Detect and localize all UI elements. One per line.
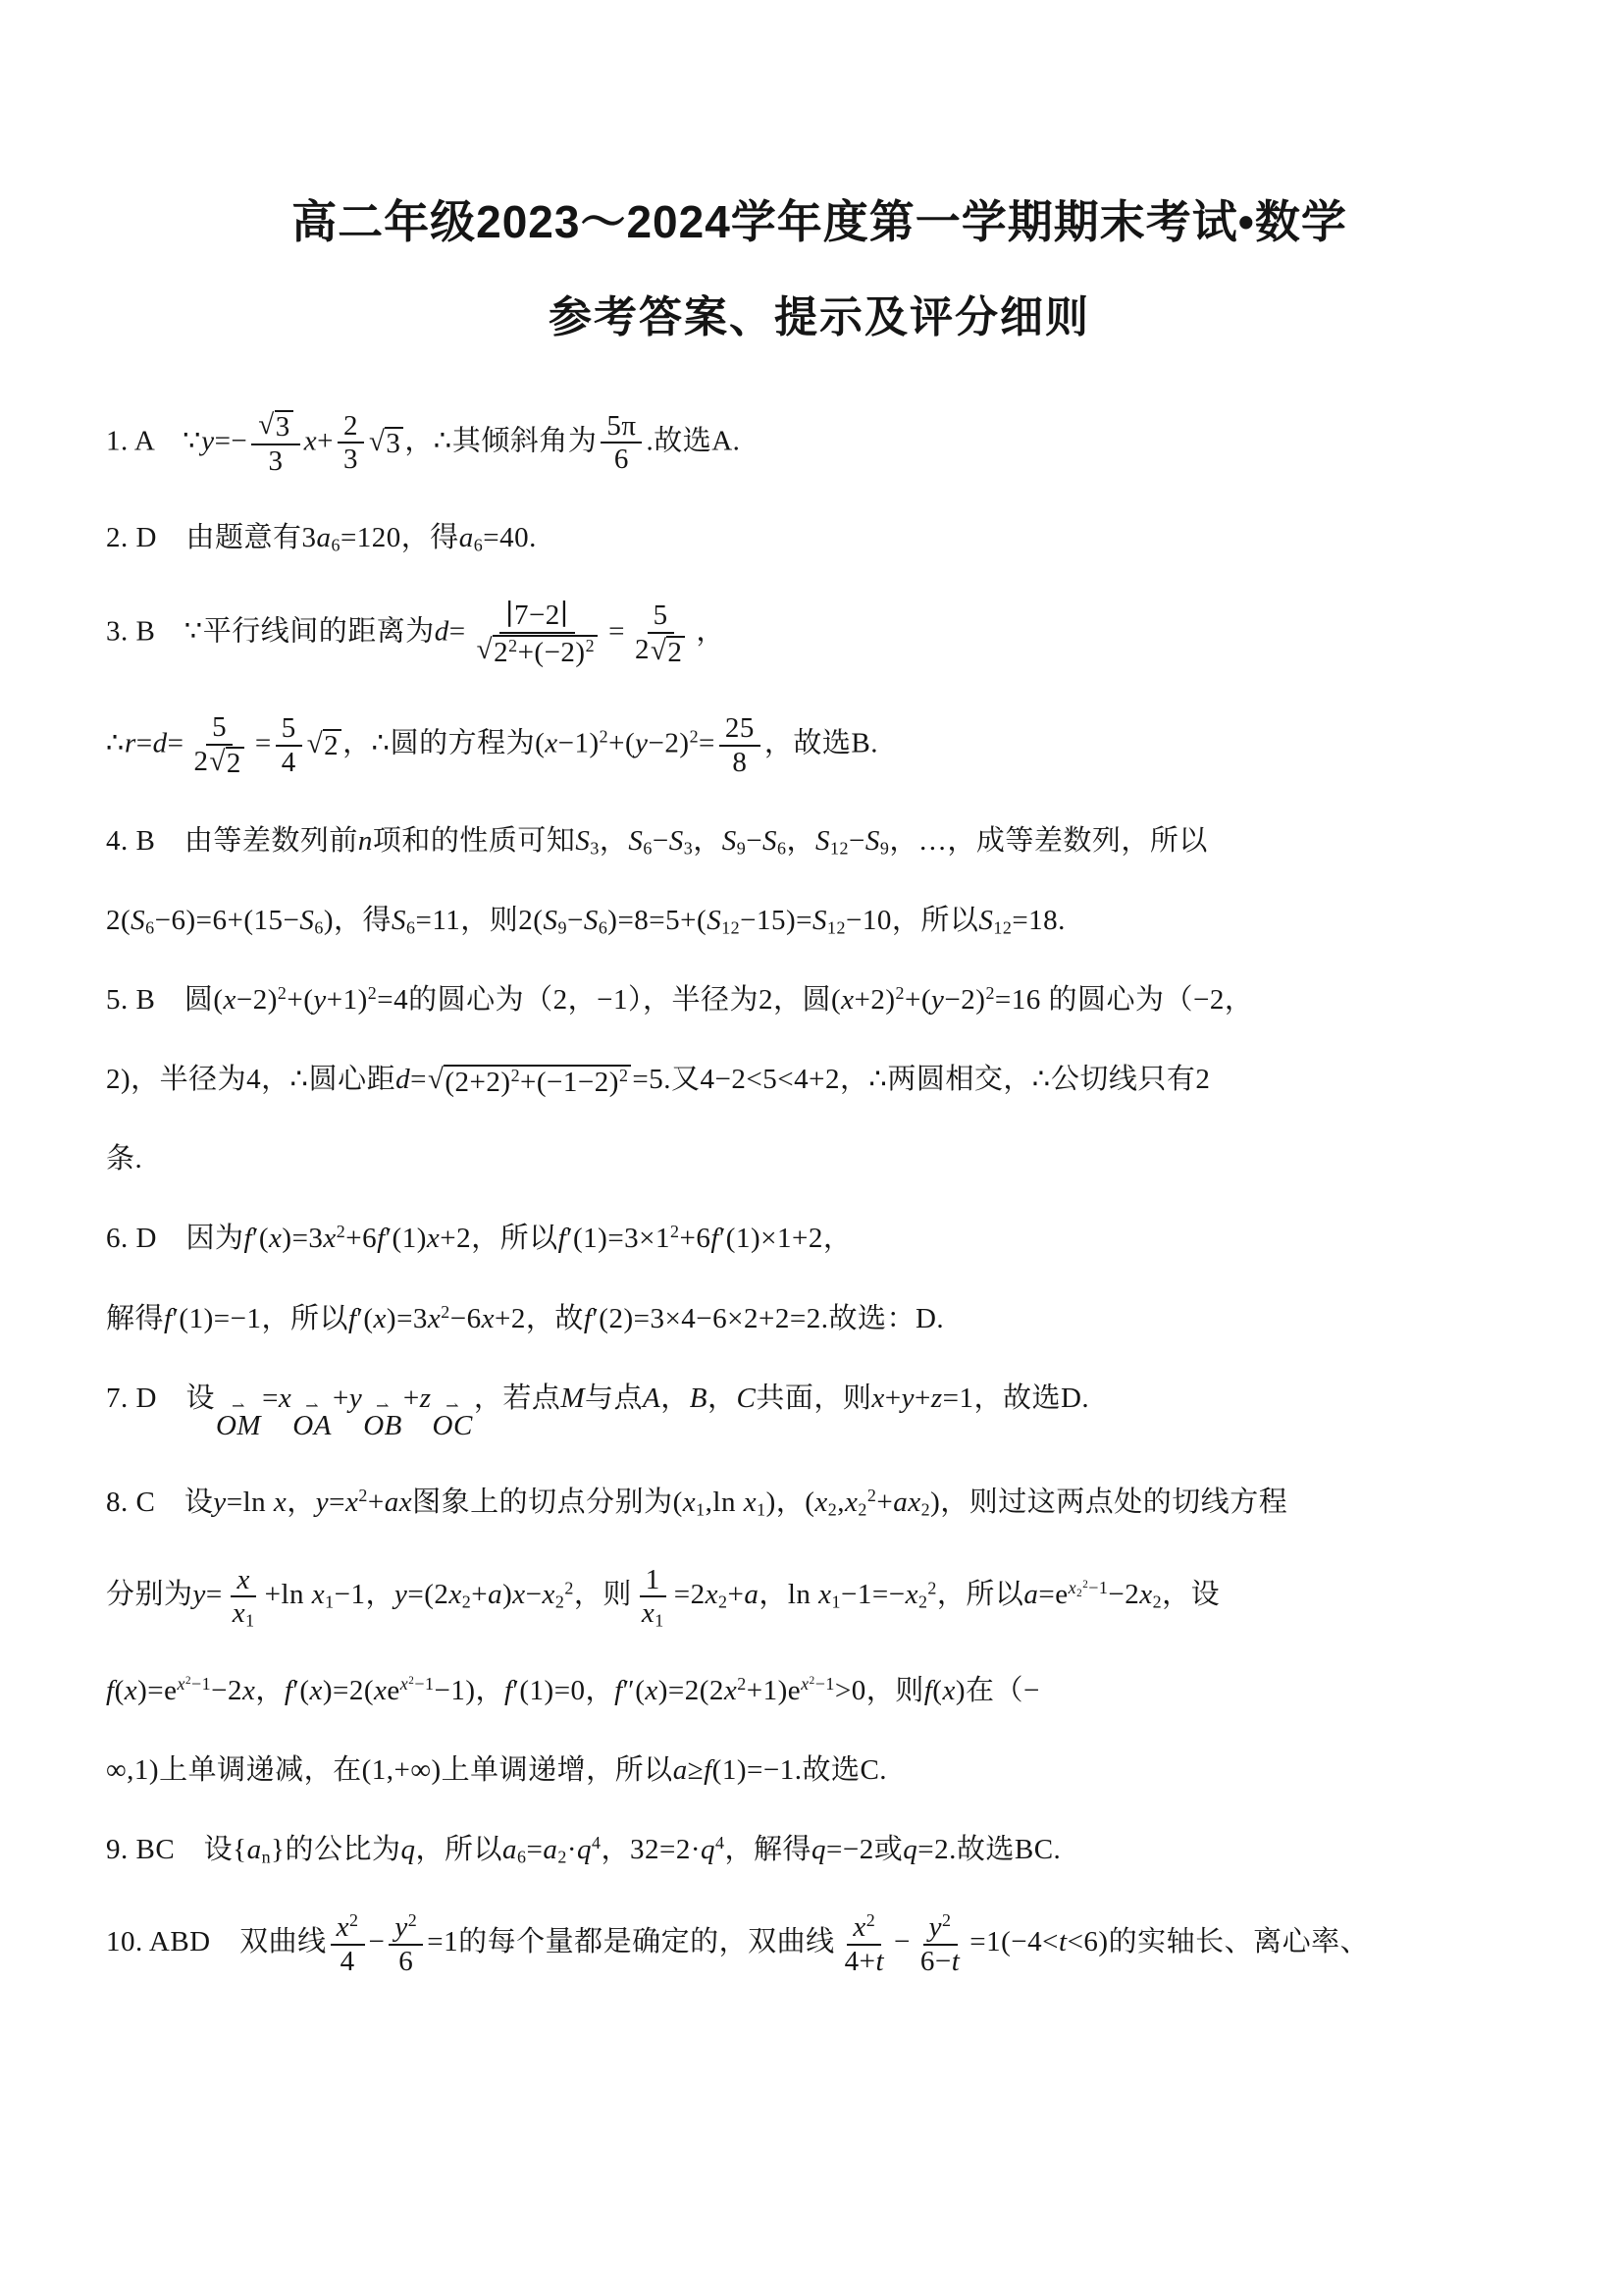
- math-variable: t: [952, 1946, 961, 1977]
- superscript: x2−1: [178, 1674, 212, 1694]
- math-variable: x: [942, 1675, 955, 1706]
- math-variable: f: [106, 1675, 115, 1706]
- math-variable: a: [488, 1579, 502, 1610]
- math-variable: q: [401, 1834, 416, 1865]
- math-variable: x: [304, 425, 317, 456]
- math-variable: r: [125, 727, 136, 758]
- math-variable: x: [399, 1487, 412, 1518]
- subscript: 6: [517, 1848, 526, 1867]
- superscript: 2: [670, 1223, 679, 1242]
- page-subtitle: 参考答案、提示及评分细则: [106, 290, 1533, 344]
- vector-body: OB: [363, 1410, 402, 1442]
- math-variable: x: [853, 1911, 865, 1943]
- superscript: 2: [866, 1911, 875, 1931]
- math-variable: y: [349, 1383, 362, 1414]
- superscript: 2: [511, 1066, 520, 1085]
- math-variable: S: [815, 825, 830, 857]
- math-variable: d: [395, 1064, 410, 1095]
- square-root: √22+(−2)2: [477, 635, 598, 668]
- subscript: 2: [921, 1499, 930, 1519]
- subscript: 6: [145, 917, 154, 937]
- fraction-denominator: 6−t: [915, 1946, 966, 1977]
- vector: ⇀OM: [216, 1402, 261, 1443]
- square-root: √(2+2)2+(−1−2)2: [428, 1065, 631, 1098]
- subscript: 3: [684, 838, 693, 858]
- answer-line-3: 3. B ∵平行线间的距离为d=∣7−2∣√22+(−2)2=52√2，: [106, 598, 1533, 670]
- math-variable: x: [178, 1674, 185, 1694]
- radical-sign-icon: √: [428, 1065, 444, 1095]
- vector-arrow-icon: ⇀: [305, 1402, 319, 1411]
- fraction: 23: [338, 410, 364, 476]
- math-variable: x: [801, 1674, 809, 1694]
- math-variable: x: [345, 1487, 358, 1518]
- subscript: 1: [757, 1499, 765, 1519]
- superscript: 2: [600, 727, 608, 747]
- answer-line-12: 7. D 设⇀OM=x⇀OA+y⇀OB+z⇀OC，若点M与点A，B，C共面，则x…: [106, 1379, 1533, 1443]
- math-variable: x: [274, 1487, 287, 1518]
- math-variable: f: [924, 1675, 933, 1706]
- fraction-numerator: √3: [251, 409, 299, 445]
- subscript: 9: [880, 838, 889, 858]
- subscript: 6: [406, 917, 415, 937]
- fraction-numerator: 2: [338, 410, 364, 444]
- fraction-numerator: x2: [847, 1911, 881, 1945]
- math-variable: y: [902, 1383, 915, 1414]
- math-variable: n: [358, 825, 373, 857]
- superscript: 2: [619, 1066, 628, 1085]
- radicand: 2: [226, 747, 244, 779]
- math-variable: y: [193, 1579, 206, 1610]
- math-variable: x: [482, 1303, 495, 1334]
- fraction-numerator: x: [231, 1564, 255, 1597]
- vector-arrow-icon: ⇀: [376, 1402, 390, 1411]
- superscript: 2: [942, 1911, 951, 1931]
- radicand: 2: [323, 729, 341, 761]
- fraction-denominator: x1: [227, 1597, 261, 1629]
- answer-line-5: 4. B 由等差数列前n项和的性质可知S3，S6−S3，S9−S6，S12−S9…: [106, 821, 1533, 861]
- subscript: 1: [696, 1499, 705, 1519]
- math-variable: f: [285, 1675, 293, 1706]
- subscript: 2: [1153, 1592, 1162, 1612]
- math-variable: q: [903, 1834, 917, 1865]
- answer-line-17: 9. BC 设{an}的公比为q，所以a6=a2·q4，32=2·q4，解得q=…: [106, 1830, 1533, 1870]
- fraction-numerator: y2: [923, 1911, 958, 1945]
- math-variable: d: [153, 727, 168, 758]
- radical-sign-icon: √: [477, 635, 493, 665]
- superscript: 2: [867, 1486, 876, 1505]
- fraction-denominator: 4: [335, 1946, 361, 1977]
- subscript: 2: [555, 1592, 564, 1612]
- math-variable: x: [400, 1674, 408, 1694]
- subscript: 2: [557, 1848, 566, 1867]
- square-root: √3: [258, 410, 292, 443]
- subscript: 1: [654, 1611, 663, 1631]
- answer-list: 1. A ∵y=−√33x+23√3，∴其倾斜角为5π6.故选A.2. D 由题…: [106, 407, 1533, 1980]
- math-variable: x: [448, 1579, 461, 1610]
- math-variable: y: [635, 727, 648, 758]
- fraction-numerator: y2: [389, 1911, 423, 1945]
- radicand: 2: [666, 636, 685, 668]
- superscript: 2: [368, 983, 377, 1003]
- subscript: n: [262, 1848, 271, 1867]
- math-variable: S: [978, 905, 993, 936]
- math-variable: B: [690, 1383, 707, 1414]
- subscript: 2: [858, 1499, 866, 1519]
- radicand: 22+(−2)2: [493, 635, 598, 668]
- math-variable: x: [543, 1579, 555, 1610]
- subscript: 9: [737, 838, 746, 858]
- math-variable: x: [818, 1579, 831, 1610]
- fraction-denominator: 3: [263, 445, 289, 477]
- math-variable: a: [502, 1834, 517, 1865]
- fraction: 52√2: [187, 711, 250, 779]
- square-root: √2: [651, 636, 685, 668]
- subscript: 6: [643, 838, 652, 858]
- superscript: 2: [358, 1486, 367, 1505]
- vector: ⇀OA: [292, 1402, 332, 1443]
- math-variable: S: [628, 825, 643, 857]
- answer-line-13: 8. C 设y=ln x，y=x2+ax图象上的切点分别为(x1,ln x1)，…: [106, 1483, 1533, 1523]
- math-variable: x: [744, 1487, 757, 1518]
- math-variable: x: [645, 1675, 657, 1706]
- math-variable: x: [374, 1675, 387, 1706]
- subscript: 1: [325, 1592, 334, 1612]
- math-variable: x: [279, 1383, 291, 1414]
- math-variable: x: [908, 1487, 920, 1518]
- math-variable: a: [459, 522, 474, 553]
- superscript: 2: [349, 1911, 358, 1931]
- math-variable: x: [236, 1564, 249, 1595]
- math-variable: y: [394, 1579, 407, 1610]
- math-variable: S: [812, 905, 827, 936]
- math-variable: y: [929, 1911, 942, 1943]
- superscript: 4: [592, 1833, 601, 1852]
- math-variable: f: [164, 1303, 173, 1334]
- square-root: √2: [209, 747, 243, 779]
- fraction-numerator: 5: [206, 711, 233, 745]
- superscript: 2: [441, 1302, 449, 1322]
- math-variable: z: [420, 1383, 432, 1414]
- page-title: 高二年级2023～2024学年度第一学期期末考试•数学: [106, 194, 1533, 251]
- math-variable: x: [1069, 1578, 1076, 1597]
- math-variable: q: [577, 1834, 592, 1865]
- fraction: x24: [331, 1911, 365, 1977]
- math-variable: x: [125, 1675, 137, 1706]
- fraction-numerator: 5π: [601, 410, 642, 444]
- superscript: 2: [185, 1675, 191, 1687]
- radicand: 3: [385, 427, 403, 459]
- math-variable: S: [669, 825, 684, 857]
- math-variable: x: [845, 1487, 858, 1518]
- subscript: 2: [462, 1592, 471, 1612]
- answer-line-11: 解得f′(1)=−1，所以f′(x)=3x2−6x+2，故f′(2)=3×4−6…: [106, 1299, 1533, 1339]
- answer-line-15: f(x)=ex2−1−2x，f′(x)=2(xex2−1−1)，f′(1)=0，…: [106, 1671, 1533, 1711]
- subscript: 12: [993, 917, 1012, 937]
- subscript: 1: [245, 1611, 254, 1631]
- math-variable: S: [865, 825, 880, 857]
- fraction-numerator: ∣7−2∣: [499, 600, 575, 633]
- vector: ⇀OB: [363, 1402, 402, 1443]
- subscript: 12: [830, 838, 849, 858]
- fraction: 258: [719, 712, 760, 778]
- math-variable: M: [560, 1383, 585, 1414]
- subscript: 2: [718, 1592, 727, 1612]
- math-variable: x: [683, 1487, 696, 1518]
- math-variable: x: [428, 1303, 441, 1334]
- math-variable: y: [201, 425, 214, 456]
- math-variable: x: [871, 1383, 884, 1414]
- subscript: 9: [557, 917, 566, 937]
- math-variable: q: [811, 1834, 826, 1865]
- fraction: ∣7−2∣√22+(−2)2: [470, 600, 604, 668]
- fraction: x24+t: [839, 1911, 890, 1977]
- math-variable: f: [558, 1223, 567, 1254]
- radicand: (2+2)2+(−1−2)2: [444, 1065, 631, 1098]
- subscript: 6: [331, 535, 340, 554]
- fraction-denominator: √22+(−2)2: [470, 634, 604, 668]
- answer-line-10: 6. D 因为f′(x)=3x2+6f′(1)x+2，所以f′(1)=3×12+…: [106, 1219, 1533, 1259]
- math-variable: a: [543, 1834, 557, 1865]
- subscript: 12: [827, 917, 846, 937]
- radical-sign-icon: √: [369, 427, 385, 457]
- fraction-denominator: 3: [338, 444, 364, 475]
- math-variable: S: [722, 825, 737, 857]
- fraction: y26−t: [915, 1911, 966, 1977]
- fraction-numerator: 1: [640, 1564, 666, 1597]
- math-variable: a: [247, 1834, 262, 1865]
- subscript: 3: [590, 838, 599, 858]
- superscript: 2: [985, 983, 994, 1003]
- math-variable: S: [299, 905, 314, 936]
- fraction: 54: [276, 712, 302, 778]
- math-variable: S: [762, 825, 777, 857]
- superscript: 2: [278, 983, 287, 1003]
- math-variable: f: [614, 1675, 623, 1706]
- subscript: 2: [828, 1499, 837, 1519]
- math-variable: t: [1059, 1927, 1068, 1958]
- math-variable: f: [584, 1303, 593, 1334]
- vector-body: OA: [292, 1410, 332, 1442]
- superscript: 2: [337, 1223, 345, 1242]
- subscript: 1: [832, 1592, 841, 1612]
- math-variable: x: [706, 1579, 718, 1610]
- math-variable: f: [504, 1675, 513, 1706]
- math-variable: q: [701, 1834, 715, 1865]
- superscript: 2: [927, 1578, 936, 1597]
- math-variable: y: [213, 1487, 226, 1518]
- subscript: 2: [918, 1592, 927, 1612]
- superscript: x2−1: [400, 1674, 435, 1694]
- answer-line-9: 条.: [106, 1139, 1533, 1179]
- vector-arrow-icon: ⇀: [445, 1402, 459, 1411]
- math-variable: x: [312, 1579, 325, 1610]
- answer-line-14: 分别为y=xx1+ln x1−1，y=(2x2+a)x−x22，则1x1=2x2…: [106, 1562, 1533, 1632]
- superscript: 2: [408, 1675, 414, 1687]
- fraction-denominator: 2√2: [187, 746, 250, 780]
- superscript: x2−1: [801, 1674, 835, 1694]
- math-variable: z: [931, 1383, 943, 1414]
- math-variable: y: [931, 984, 944, 1016]
- subscript: 12: [721, 917, 740, 937]
- math-variable: S: [707, 905, 721, 936]
- math-variable: y: [313, 984, 326, 1016]
- vector-body: OM: [216, 1410, 261, 1442]
- fraction-numerator: x2: [331, 1911, 365, 1945]
- math-variable: a: [316, 522, 331, 553]
- fraction: 5π6: [601, 410, 642, 476]
- math-variable: x: [906, 1579, 918, 1610]
- fraction-numerator: 25: [719, 712, 760, 746]
- fraction: y26: [389, 1911, 423, 1977]
- superscript: 2: [1082, 1579, 1088, 1591]
- math-variable: S: [392, 905, 406, 936]
- vector: ⇀OC: [433, 1402, 473, 1443]
- math-variable: x: [242, 1675, 255, 1706]
- vector-arrow-icon: ⇀: [232, 1402, 245, 1411]
- subscript: 6: [777, 838, 786, 858]
- fraction-denominator: 6: [393, 1946, 419, 1977]
- answer-line-7: 5. B 圆(x−2)2+(y+1)2=4的圆心为（2，−1），半径为2，圆(x…: [106, 980, 1533, 1020]
- superscript: 2: [690, 727, 699, 747]
- square-root: √3: [369, 427, 403, 459]
- math-variable: x: [841, 984, 854, 1016]
- superscript: 2: [508, 636, 517, 655]
- math-variable: f: [243, 1223, 252, 1254]
- fraction-numerator: 5: [648, 600, 674, 633]
- math-variable: S: [575, 825, 590, 857]
- math-variable: x: [337, 1911, 349, 1943]
- fraction-numerator: 5: [276, 712, 302, 746]
- math-variable: f: [377, 1223, 386, 1254]
- superscript: 2: [737, 1674, 746, 1694]
- superscript: 2: [586, 636, 595, 655]
- math-variable: x: [427, 1223, 440, 1254]
- square-root: √2: [307, 729, 341, 761]
- fraction-denominator: 4+t: [839, 1946, 890, 1977]
- fraction: √33: [251, 409, 299, 477]
- math-variable: S: [543, 905, 557, 936]
- answer-line-2: 2. D 由题意有3a6=120，得a6=40.: [106, 518, 1533, 558]
- exam-answer-page: 高二年级2023～2024学年度第一学期期末考试•数学 参考答案、提示及评分细则…: [0, 0, 1623, 2296]
- superscript: 4: [715, 1833, 724, 1852]
- fraction-denominator: x1: [636, 1597, 670, 1629]
- subscript: 6: [474, 535, 483, 554]
- answer-line-1: 1. A ∵y=−√33x+23√3，∴其倾斜角为5π6.故选A.: [106, 407, 1533, 479]
- answer-line-18: 10. ABD 双曲线x24−y26=1的每个量都是确定的，双曲线x24+t−y…: [106, 1909, 1533, 1979]
- fraction: xx1: [227, 1564, 261, 1630]
- math-variable: y: [394, 1911, 407, 1943]
- math-variable: a: [385, 1487, 399, 1518]
- math-variable: f: [710, 1223, 719, 1254]
- math-variable: x: [224, 984, 236, 1016]
- math-variable: x: [233, 1597, 245, 1629]
- fraction-denominator: 4: [276, 747, 302, 778]
- math-variable: a: [1023, 1579, 1038, 1610]
- superscript: 2: [564, 1578, 573, 1597]
- radical-sign-icon: √: [209, 747, 225, 777]
- superscript: 2: [810, 1675, 815, 1687]
- math-variable: x: [310, 1675, 323, 1706]
- subscript: 6: [599, 917, 607, 937]
- math-variable: x: [814, 1487, 827, 1518]
- fraction-denominator: 6: [608, 444, 635, 475]
- radical-sign-icon: √: [307, 729, 323, 759]
- fraction-denominator: 8: [726, 747, 753, 778]
- math-variable: f: [348, 1303, 357, 1334]
- math-variable: x: [512, 1579, 525, 1610]
- math-variable: x: [545, 727, 557, 758]
- radical-sign-icon: √: [258, 410, 274, 441]
- math-variable: x: [724, 1675, 737, 1706]
- math-variable: A: [643, 1383, 660, 1414]
- answer-line-6: 2(S6−6)=6+(15−S6)，得S6=11，则2(S9−S6)=8=5+(…: [106, 901, 1533, 941]
- math-variable: t: [875, 1946, 884, 1977]
- math-variable: x: [374, 1303, 387, 1334]
- math-variable: S: [584, 905, 599, 936]
- superscript: x22−1: [1069, 1578, 1109, 1597]
- fraction-denominator: 2√2: [629, 634, 692, 668]
- math-variable: a: [893, 1487, 908, 1518]
- subscript: 6: [314, 917, 323, 937]
- math-variable: d: [435, 616, 449, 648]
- math-variable: x: [269, 1223, 282, 1254]
- math-variable: f: [704, 1754, 712, 1786]
- vector-body: OC: [433, 1410, 473, 1442]
- answer-line-4: ∴r=d=52√2=54√2，∴圆的方程为(x−1)2+(y−2)2=258，故…: [106, 709, 1533, 781]
- answer-line-16: ∞,1)上单调递减，在(1,+∞)上单调递增，所以a≥f(1)=−1.故选C.: [106, 1750, 1533, 1791]
- superscript: 2: [896, 983, 905, 1003]
- fraction: 1x1: [636, 1564, 670, 1630]
- math-variable: y: [316, 1487, 329, 1518]
- answer-line-8: 2)，半径为4，∴圆心距d=√(2+2)2+(−1−2)2=5.又4−2<5<4…: [106, 1060, 1533, 1100]
- math-variable: x: [1139, 1579, 1152, 1610]
- math-variable: C: [737, 1383, 757, 1414]
- math-variable: a: [744, 1579, 759, 1610]
- fraction: 52√2: [629, 600, 692, 667]
- math-variable: x: [323, 1223, 336, 1254]
- radical-sign-icon: √: [651, 636, 666, 666]
- superscript: 2: [408, 1911, 417, 1931]
- math-variable: S: [131, 905, 145, 936]
- math-variable: a: [673, 1754, 688, 1786]
- radicand: 3: [275, 410, 293, 443]
- math-variable: x: [642, 1597, 654, 1629]
